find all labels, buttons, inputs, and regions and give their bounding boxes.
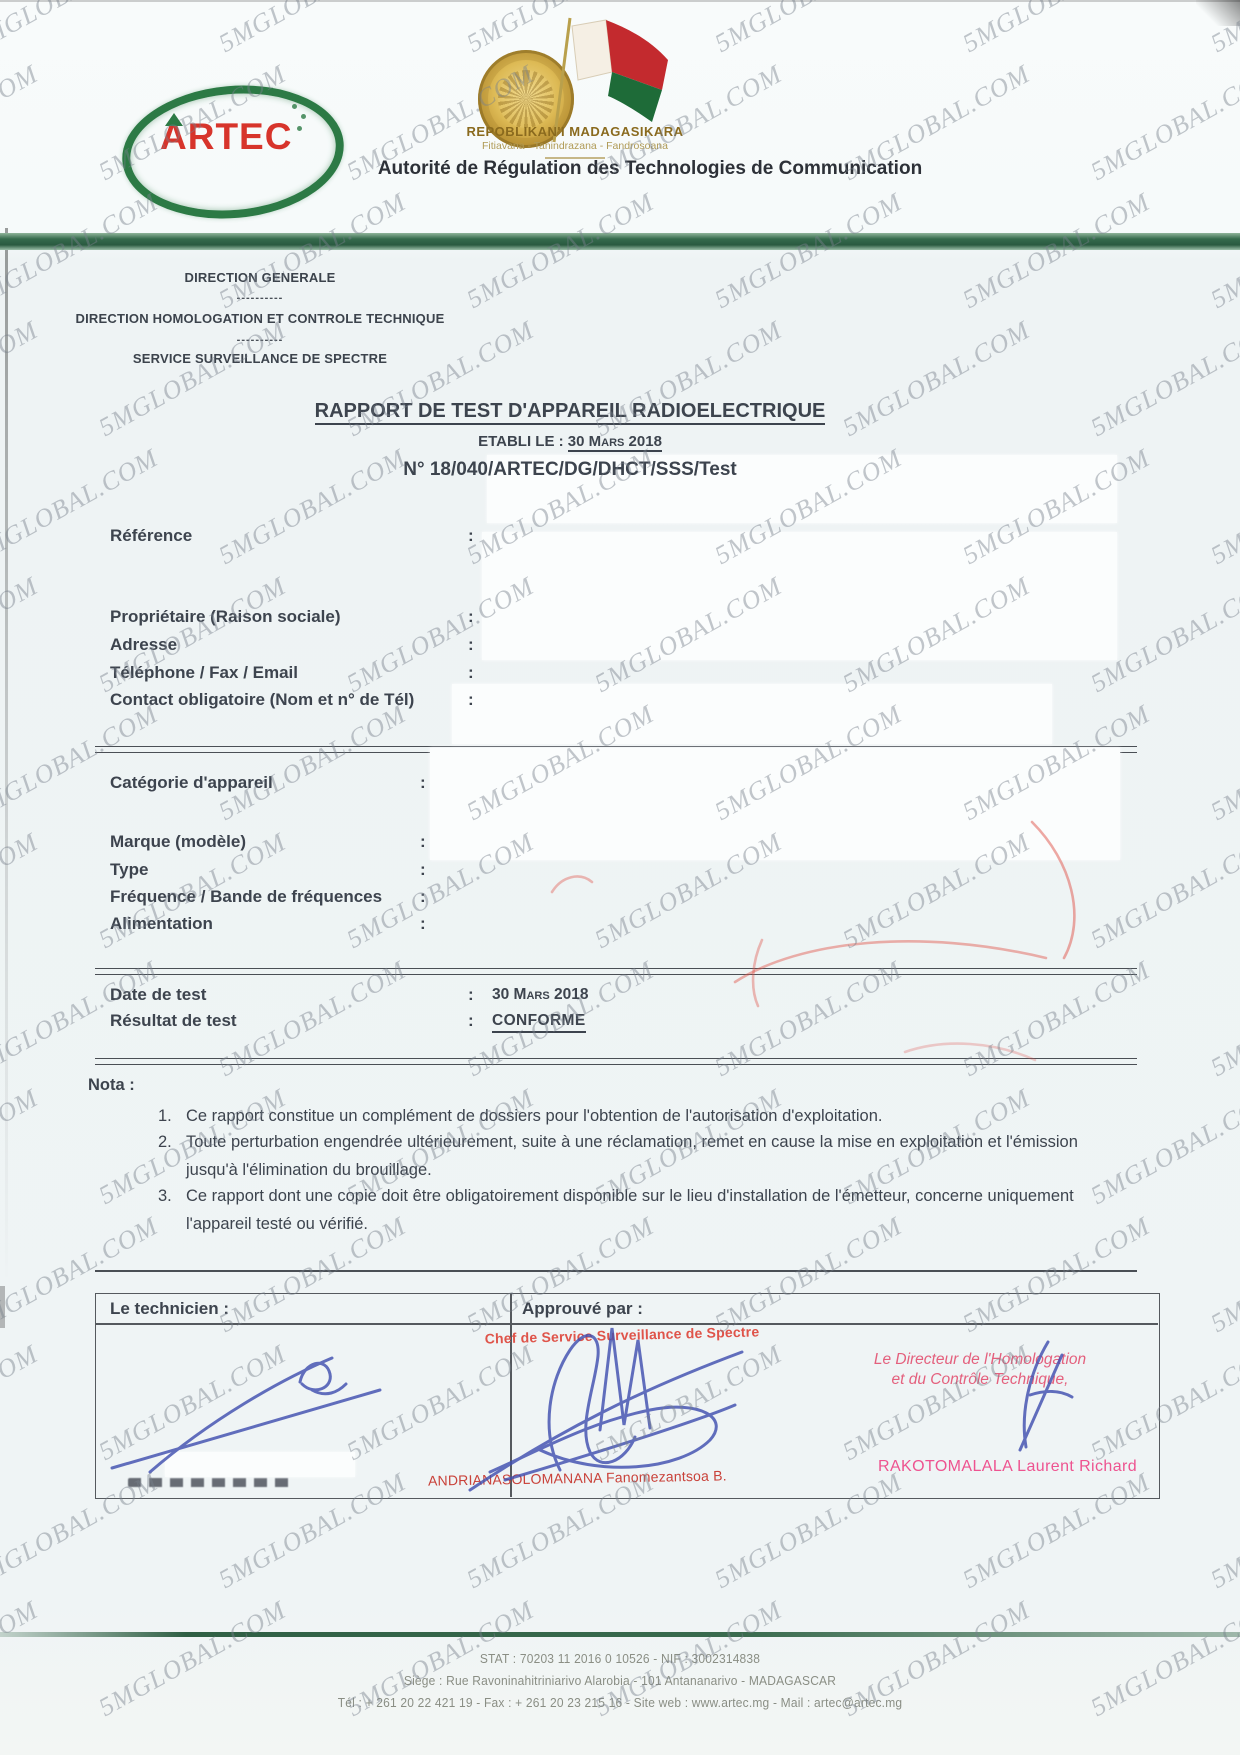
nota-item-1: 1. Ce rapport constitue un complément de… bbox=[158, 1102, 1110, 1130]
field-colon: : bbox=[420, 914, 426, 934]
field-label: Propriétaire (Raison sociale) bbox=[110, 607, 341, 626]
field-alimentation: Alimentation : bbox=[110, 914, 1120, 936]
field-telephone: Téléphone / Fax / Email : bbox=[110, 663, 1120, 685]
scan-edge-top bbox=[0, 0, 1240, 2]
field-colon: : bbox=[468, 526, 474, 546]
document-page: ARTEC REPOBLIKAN'I MADAGASIKARA Fitiavan… bbox=[0, 0, 1240, 1755]
scan-edge-left bbox=[5, 228, 8, 1283]
test-result-value: CONFORME bbox=[492, 1012, 586, 1033]
watermark-text: 5MGLOBAL.COM bbox=[838, 315, 1035, 443]
field-colon: : bbox=[468, 1011, 474, 1031]
org-direction-generale: DIRECTION GENERALE bbox=[40, 270, 480, 285]
field-label: Fréquence / Bande de fréquences bbox=[110, 887, 382, 906]
technician-name-partial bbox=[128, 1478, 290, 1487]
section-divider bbox=[95, 1058, 1137, 1065]
field-label: Résultat de test bbox=[110, 1011, 237, 1030]
director-role-text: Le Directeur de l'Homologation et du Con… bbox=[830, 1350, 1130, 1390]
field-label: Adresse bbox=[110, 635, 177, 654]
field-colon: : bbox=[420, 860, 426, 880]
field-marque: Marque (modèle) : bbox=[110, 832, 1120, 854]
field-contact: Contact obligatoire (Nom et n° de Tél) : bbox=[110, 690, 1120, 712]
watermark-text: 5MGLOBAL.COM bbox=[1206, 699, 1240, 827]
field-label: Type bbox=[110, 860, 148, 879]
logo-swoosh-dot bbox=[301, 114, 306, 119]
field-categorie: Catégorie d'appareil : bbox=[110, 773, 1120, 795]
footer-green-line bbox=[0, 1632, 1240, 1637]
field-label: Marque (modèle) bbox=[110, 832, 246, 851]
scan-edge-corner bbox=[1196, 0, 1240, 26]
field-colon: : bbox=[468, 607, 474, 627]
field-label: Catégorie d'appareil bbox=[110, 773, 273, 792]
report-title: RAPPORT DE TEST D'APPAREIL RADIOELECTRIQ… bbox=[260, 400, 880, 423]
org-separator: ---------- bbox=[40, 334, 480, 346]
header-green-bar bbox=[0, 233, 1240, 250]
field-frequence: Fréquence / Bande de fréquences : bbox=[110, 887, 1120, 909]
technician-label: Le technicien : bbox=[110, 1299, 229, 1319]
field-colon: : bbox=[468, 635, 474, 655]
report-number: N° 18/040/ARTEC/DG/DHCT/SSS/Test bbox=[260, 459, 880, 481]
field-label: Date de test bbox=[110, 985, 206, 1004]
org-separator: ---------- bbox=[40, 292, 480, 304]
footer-contacts: Tél : + 261 20 22 421 19 - Fax : + 261 2… bbox=[25, 1696, 1215, 1710]
field-type: Type : bbox=[110, 860, 1120, 882]
footer-address: Siège : Rue Ravoninahitriniarivo Alarobi… bbox=[25, 1674, 1215, 1688]
authority-name: Autorité de Régulation des Technologies … bbox=[330, 158, 970, 180]
field-label: Alimentation bbox=[110, 914, 213, 933]
nota-item-3: 3. Ce rapport dont une copie doit être o… bbox=[158, 1182, 1110, 1238]
republic-motto: Fitiavana - Tanindrazana - Fandrosoana bbox=[400, 140, 750, 152]
watermark-text: 5MGLOBAL.COM bbox=[710, 0, 907, 59]
section-divider bbox=[95, 1270, 1137, 1272]
field-date-test: Date de test : 30 Mars 2018 bbox=[110, 985, 1120, 1007]
etabli-date: 30 Mars 2018 bbox=[568, 433, 662, 452]
artec-logo-accent bbox=[165, 113, 183, 126]
watermark-text: 5MGLOBAL.COM bbox=[0, 443, 163, 571]
nota-heading: Nota : bbox=[88, 1076, 135, 1095]
footer-stat-nif: STAT : 70203 11 2016 0 10526 - NIF : 300… bbox=[25, 1652, 1215, 1666]
approved-by-label: Approuvé par : bbox=[522, 1299, 643, 1319]
watermark-text: 5MGLOBAL.COM bbox=[0, 699, 163, 827]
field-colon: : bbox=[468, 985, 474, 1005]
director-role-line: et du Contrôle Technique, bbox=[830, 1370, 1130, 1390]
field-colon: : bbox=[468, 690, 474, 710]
watermark-text: 5MGLOBAL.COM bbox=[0, 1339, 43, 1467]
nota-text: Ce rapport dont une copie doit être obli… bbox=[186, 1182, 1110, 1238]
nota-number: 1. bbox=[158, 1102, 186, 1130]
watermark-text: 5MGLOBAL.COM bbox=[710, 187, 907, 315]
watermark-text: 5MGLOBAL.COM bbox=[0, 0, 163, 59]
watermark-text: 5MGLOBAL.COM bbox=[214, 0, 411, 59]
watermark-text: 5MGLOBAL.COM bbox=[1206, 955, 1240, 1083]
director-name: RAKOTOMALALA Laurent Richard bbox=[878, 1458, 1137, 1476]
logo-swoosh-dot bbox=[292, 104, 297, 109]
nota-item-2: 2. Toute perturbation engendrée ultérieu… bbox=[158, 1128, 1110, 1184]
watermark-text: 5MGLOBAL.COM bbox=[1206, 443, 1240, 571]
field-label: Téléphone / Fax / Email bbox=[110, 663, 298, 682]
nota-number: 3. bbox=[158, 1182, 186, 1238]
report-date-line: ETABLI LE : 30 Mars 2018 bbox=[260, 433, 880, 450]
watermark-text: 5MGLOBAL.COM bbox=[1086, 315, 1240, 443]
redacted-name-box bbox=[165, 1452, 355, 1477]
scan-edge-bottom-left bbox=[0, 1286, 5, 1328]
test-date-value: 30 Mars 2018 bbox=[492, 986, 588, 1004]
field-colon: : bbox=[420, 832, 426, 852]
watermark-text: 5MGLOBAL.COM bbox=[0, 59, 43, 187]
field-resultat-test: Résultat de test : CONFORME bbox=[110, 1011, 1120, 1033]
field-proprietaire: Propriétaire (Raison sociale) : bbox=[110, 607, 1120, 629]
watermark-text: 5MGLOBAL.COM bbox=[1206, 187, 1240, 315]
org-direction-homologation: DIRECTION HOMOLOGATION ET CONTROLE TECHN… bbox=[40, 311, 480, 326]
watermark-text: 5MGLOBAL.COM bbox=[958, 187, 1155, 315]
director-role-line: Le Directeur de l'Homologation bbox=[830, 1350, 1130, 1370]
section-divider bbox=[95, 968, 1137, 975]
watermark-text: 5MGLOBAL.COM bbox=[1206, 1467, 1240, 1595]
field-adresse: Adresse : bbox=[110, 635, 1120, 657]
field-colon: : bbox=[420, 887, 426, 907]
field-label: Référence bbox=[110, 526, 192, 545]
nota-number: 2. bbox=[158, 1128, 186, 1184]
field-colon: : bbox=[468, 663, 474, 683]
watermark-text: 5MGLOBAL.COM bbox=[214, 699, 411, 827]
watermark-text: 5MGLOBAL.COM bbox=[1086, 59, 1240, 187]
watermark-text: 5MGLOBAL.COM bbox=[958, 0, 1155, 59]
field-colon: : bbox=[420, 773, 426, 793]
etabli-prefix: ETABLI LE : bbox=[478, 433, 564, 450]
watermark-text: 5MGLOBAL.COM bbox=[462, 187, 659, 315]
field-label: Contact obligatoire (Nom et n° de Tél) bbox=[110, 690, 414, 709]
watermark-text: 5MGLOBAL.COM bbox=[1206, 1211, 1240, 1339]
signature-table-header-line bbox=[95, 1323, 1158, 1325]
logo-swoosh-dot bbox=[297, 126, 302, 131]
field-reference: Référence : bbox=[110, 526, 1120, 548]
nota-text: Ce rapport constitue un complément de do… bbox=[186, 1102, 1110, 1130]
org-service-surveillance: SERVICE SURVEILLANCE DE SPECTRE bbox=[40, 351, 480, 366]
republic-title: REPOBLIKAN'I MADAGASIKARA bbox=[400, 124, 750, 139]
nota-text: Toute perturbation engendrée ultérieurem… bbox=[186, 1128, 1110, 1184]
